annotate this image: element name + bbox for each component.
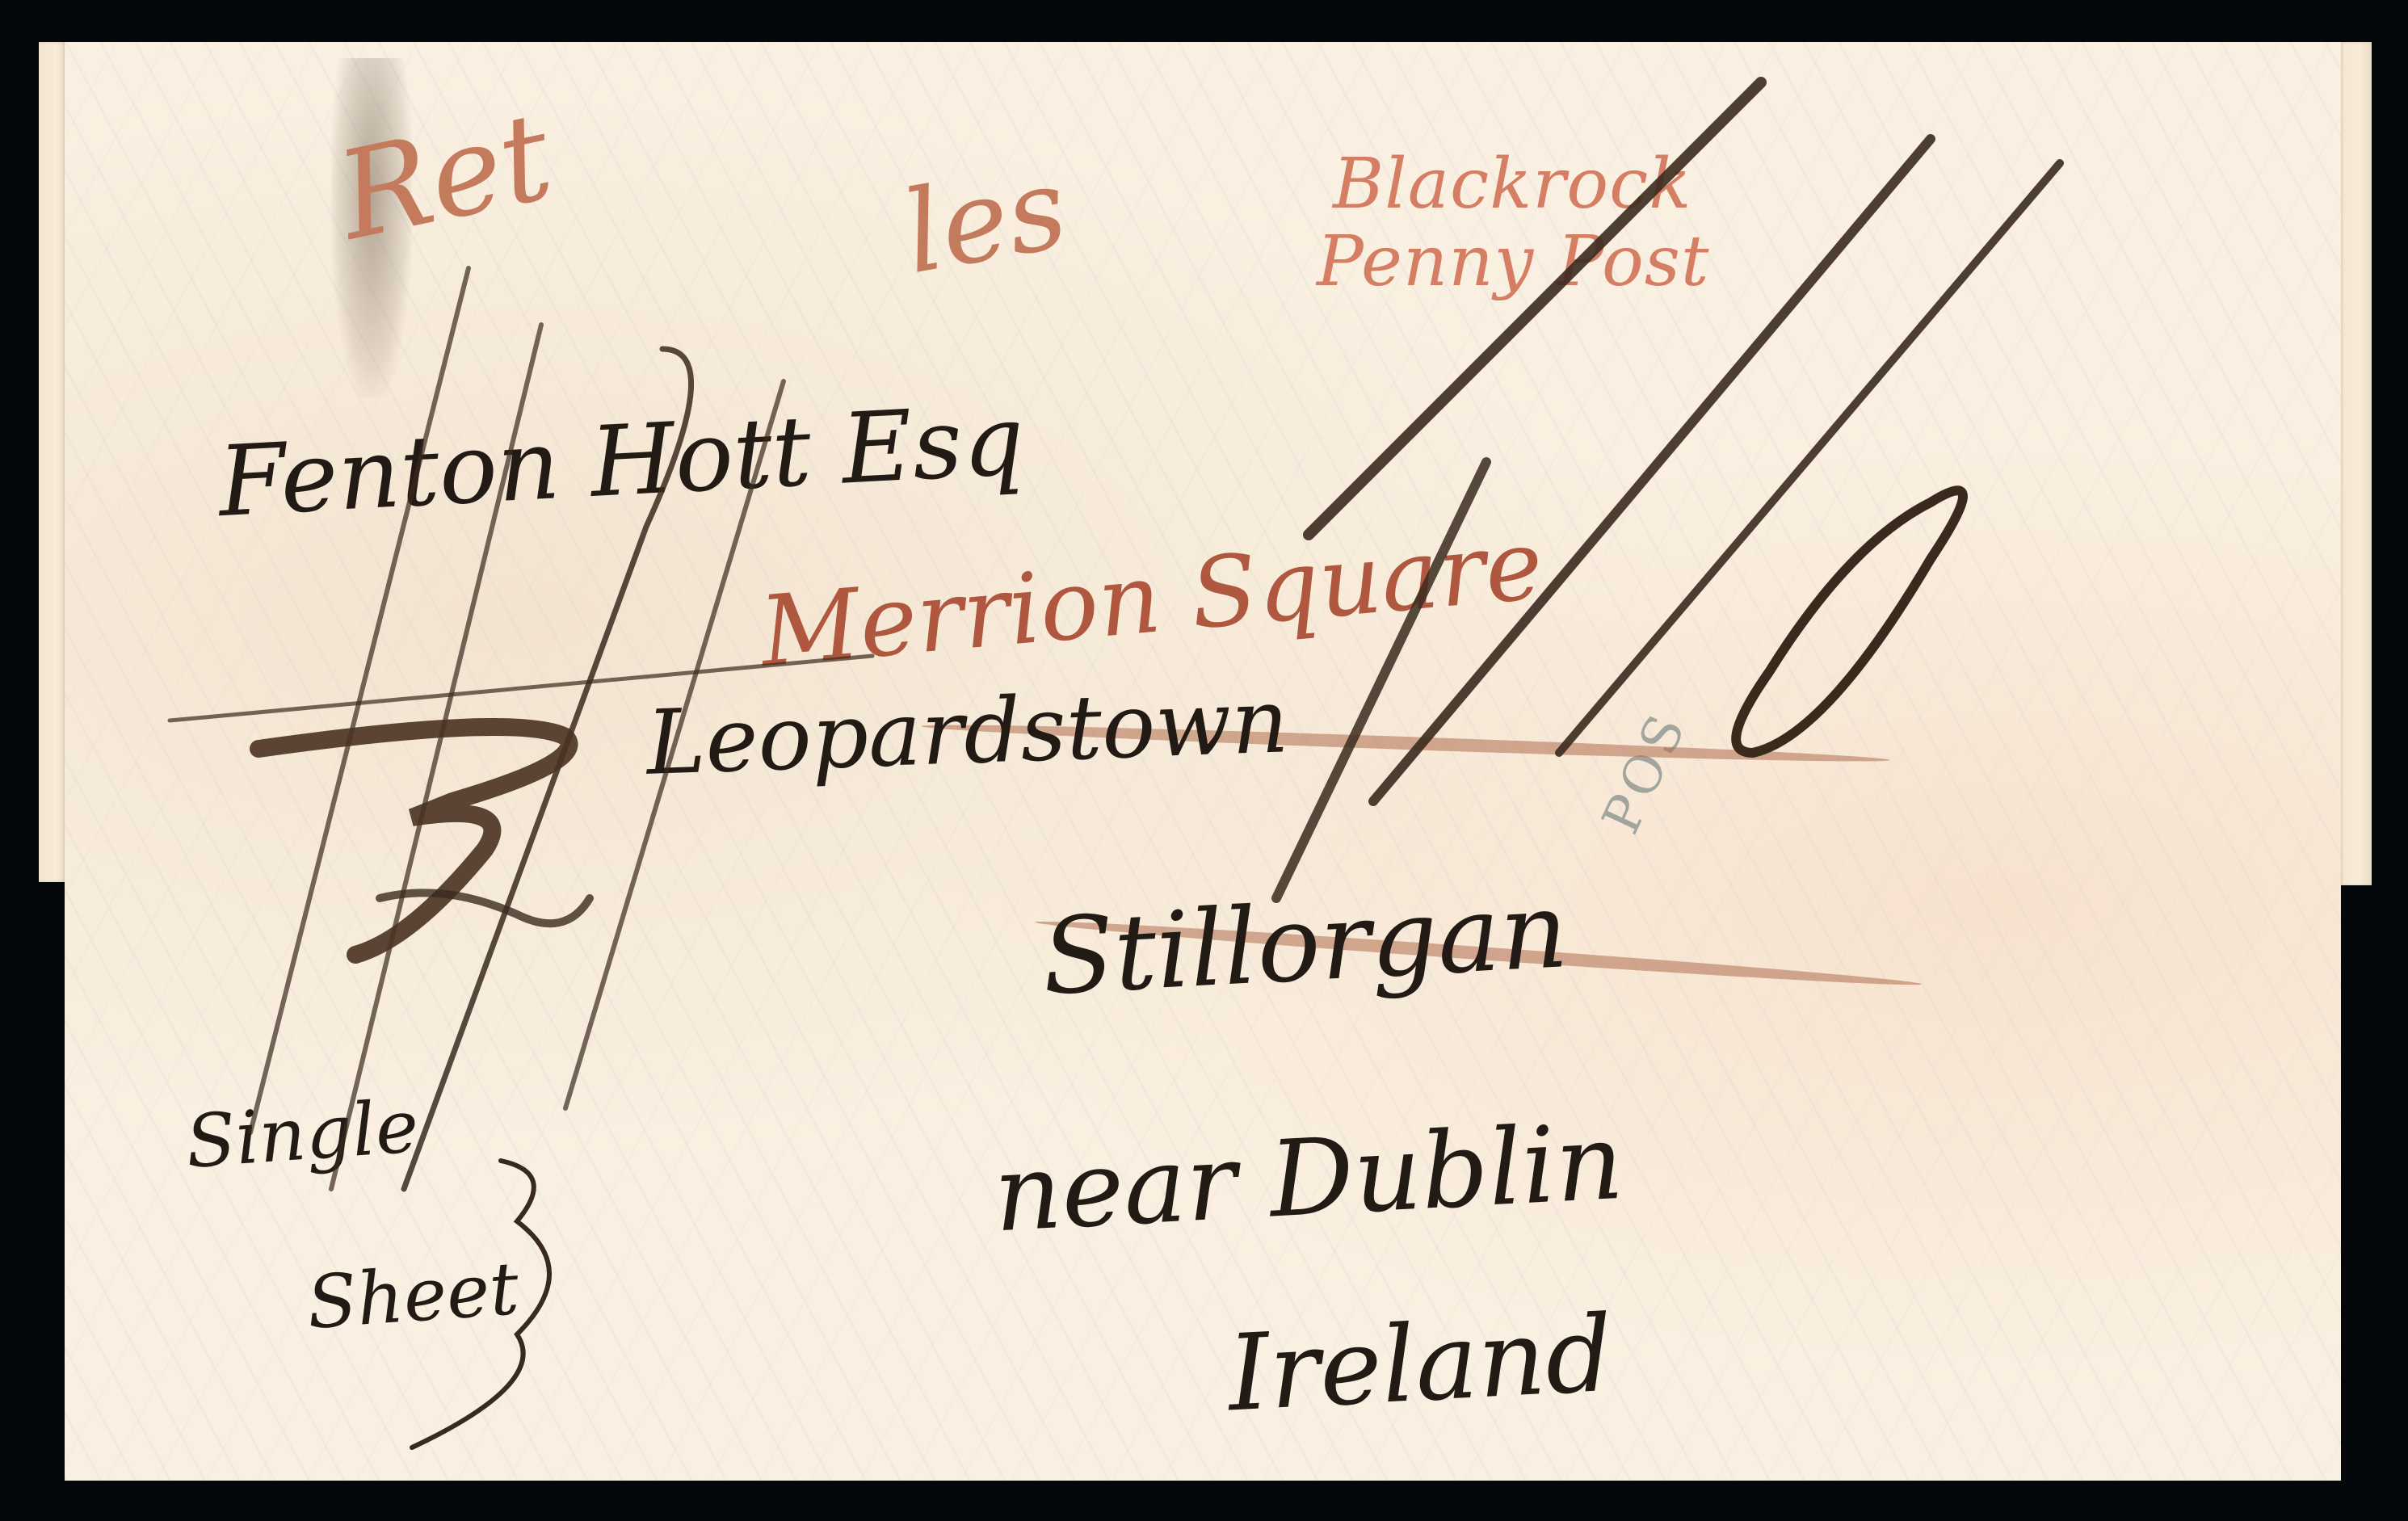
red-manuscript-mark-2: les [894,142,1076,300]
address-line-2-crossed-out: Leopardstown [645,669,1290,795]
blackrock-penny-post-postmark: Blackrock Penny Post [1333,145,1709,300]
address-line-4: near Dublin [991,1100,1627,1256]
transit-stamp-text: POS [1591,702,1700,842]
rate-three [258,727,569,955]
right-fold-flap [2339,42,2372,885]
rate-flourish [380,893,590,923]
endorsement-line-2: Sheet [305,1246,522,1346]
postmark-line2: Penny Post [1317,223,1709,300]
left-fold-flap [39,42,66,882]
address-line-1: Fenton Hott Esq [216,384,1027,539]
slash-stroke [250,268,469,1132]
postmark-line1: Blackrock [1333,145,1709,223]
endorsement-line-1: Single [183,1084,422,1185]
letter-sheet: Blackrock Penny Post POS Ret les Fenton … [65,42,2341,1481]
redirect-address: Merrion Square [756,509,1547,689]
address-line-3: Stillorgan [1039,868,1570,1019]
transit-datestamp: POS [1591,702,1700,842]
address-line-5: Ireland [1225,1292,1616,1435]
rate-zero [1736,490,1963,753]
